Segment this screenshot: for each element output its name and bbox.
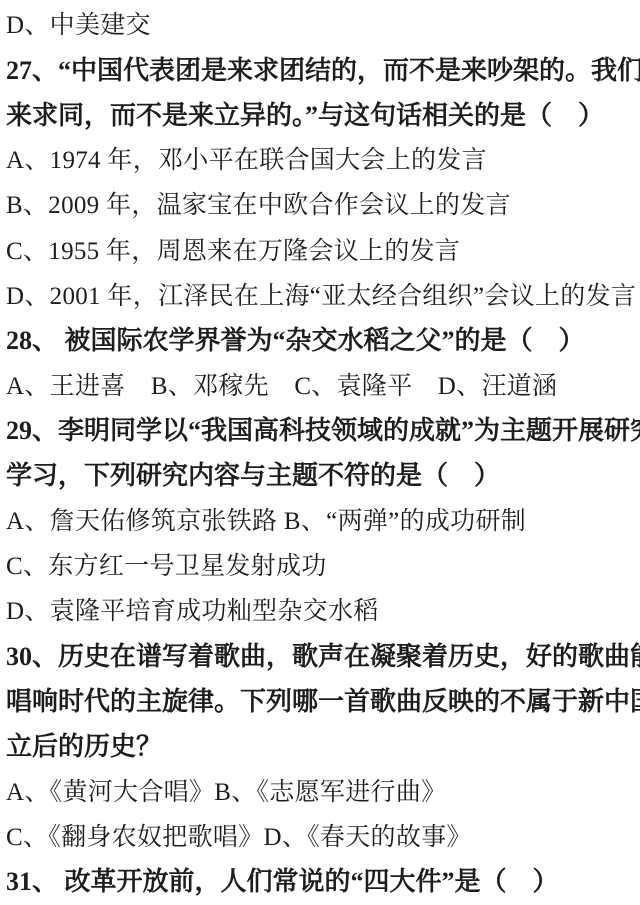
q26-option-d: D、中美建交 <box>6 3 638 48</box>
q30-options-ab: A、《黄河大合唱》B、《志愿军进行曲》 <box>6 770 638 815</box>
q27-option-b: B、2009 年，温家宝在中欧合作会议上的发言 <box>6 183 638 228</box>
q27-option-d: D、2001 年，江泽民在上海“亚太经合组织”会议上的发言 <box>6 274 638 319</box>
q30-stem-line-2: 唱响时代的主旋律。下列哪一首歌曲反映的不属于新中国成 <box>6 679 638 724</box>
q27-stem-line-1: 27、“中国代表团是来求团结的，而不是来吵架的。我们是 <box>6 48 638 93</box>
q27-option-c: C、1955 年，周恩来在万隆会议上的发言 <box>6 228 638 273</box>
q28-stem: 28、 被国际农学界誉为“杂交水稻之父”的是（ ） <box>6 319 638 364</box>
q30-stem-line-3: 立后的历史？ <box>6 725 638 770</box>
q30-stem-line-1: 30、历史在谱写着歌曲，歌声在凝聚着历史，好的歌曲能够 <box>6 634 638 679</box>
q31-stem: 31、 改革开放前，人们常说的“四大件”是（ ） <box>6 860 638 905</box>
q29-option-c: C、东方红一号卫星发射成功 <box>6 544 638 589</box>
q29-stem-line-2: 学习，下列研究内容与主题不符的是（ ） <box>6 454 638 499</box>
q28-options-abcd: A、王进喜 B、邓稼先 C、袁隆平 D、汪道涵 <box>6 364 638 409</box>
q30-options-cd: C、《翻身农奴把歌唱》D、《春天的故事》 <box>6 815 638 860</box>
exam-page: D、中美建交 27、“中国代表团是来求团结的，而不是来吵架的。我们是 来求同，而… <box>0 0 640 905</box>
q27-option-a: A、1974 年，邓小平在联合国大会上的发言 <box>6 138 638 183</box>
q27-stem-line-2: 来求同，而不是来立异的。”与这句话相关的是（ ） <box>6 93 638 138</box>
q29-stem-line-1: 29、李明同学以“我国高科技领域的成就”为主题开展研究性 <box>6 409 638 454</box>
q29-options-ab: A、詹天佑修筑京张铁路 B、“两弹”的成功研制 <box>6 499 638 544</box>
q29-option-d: D、袁隆平培育成功籼型杂交水稻 <box>6 589 638 634</box>
